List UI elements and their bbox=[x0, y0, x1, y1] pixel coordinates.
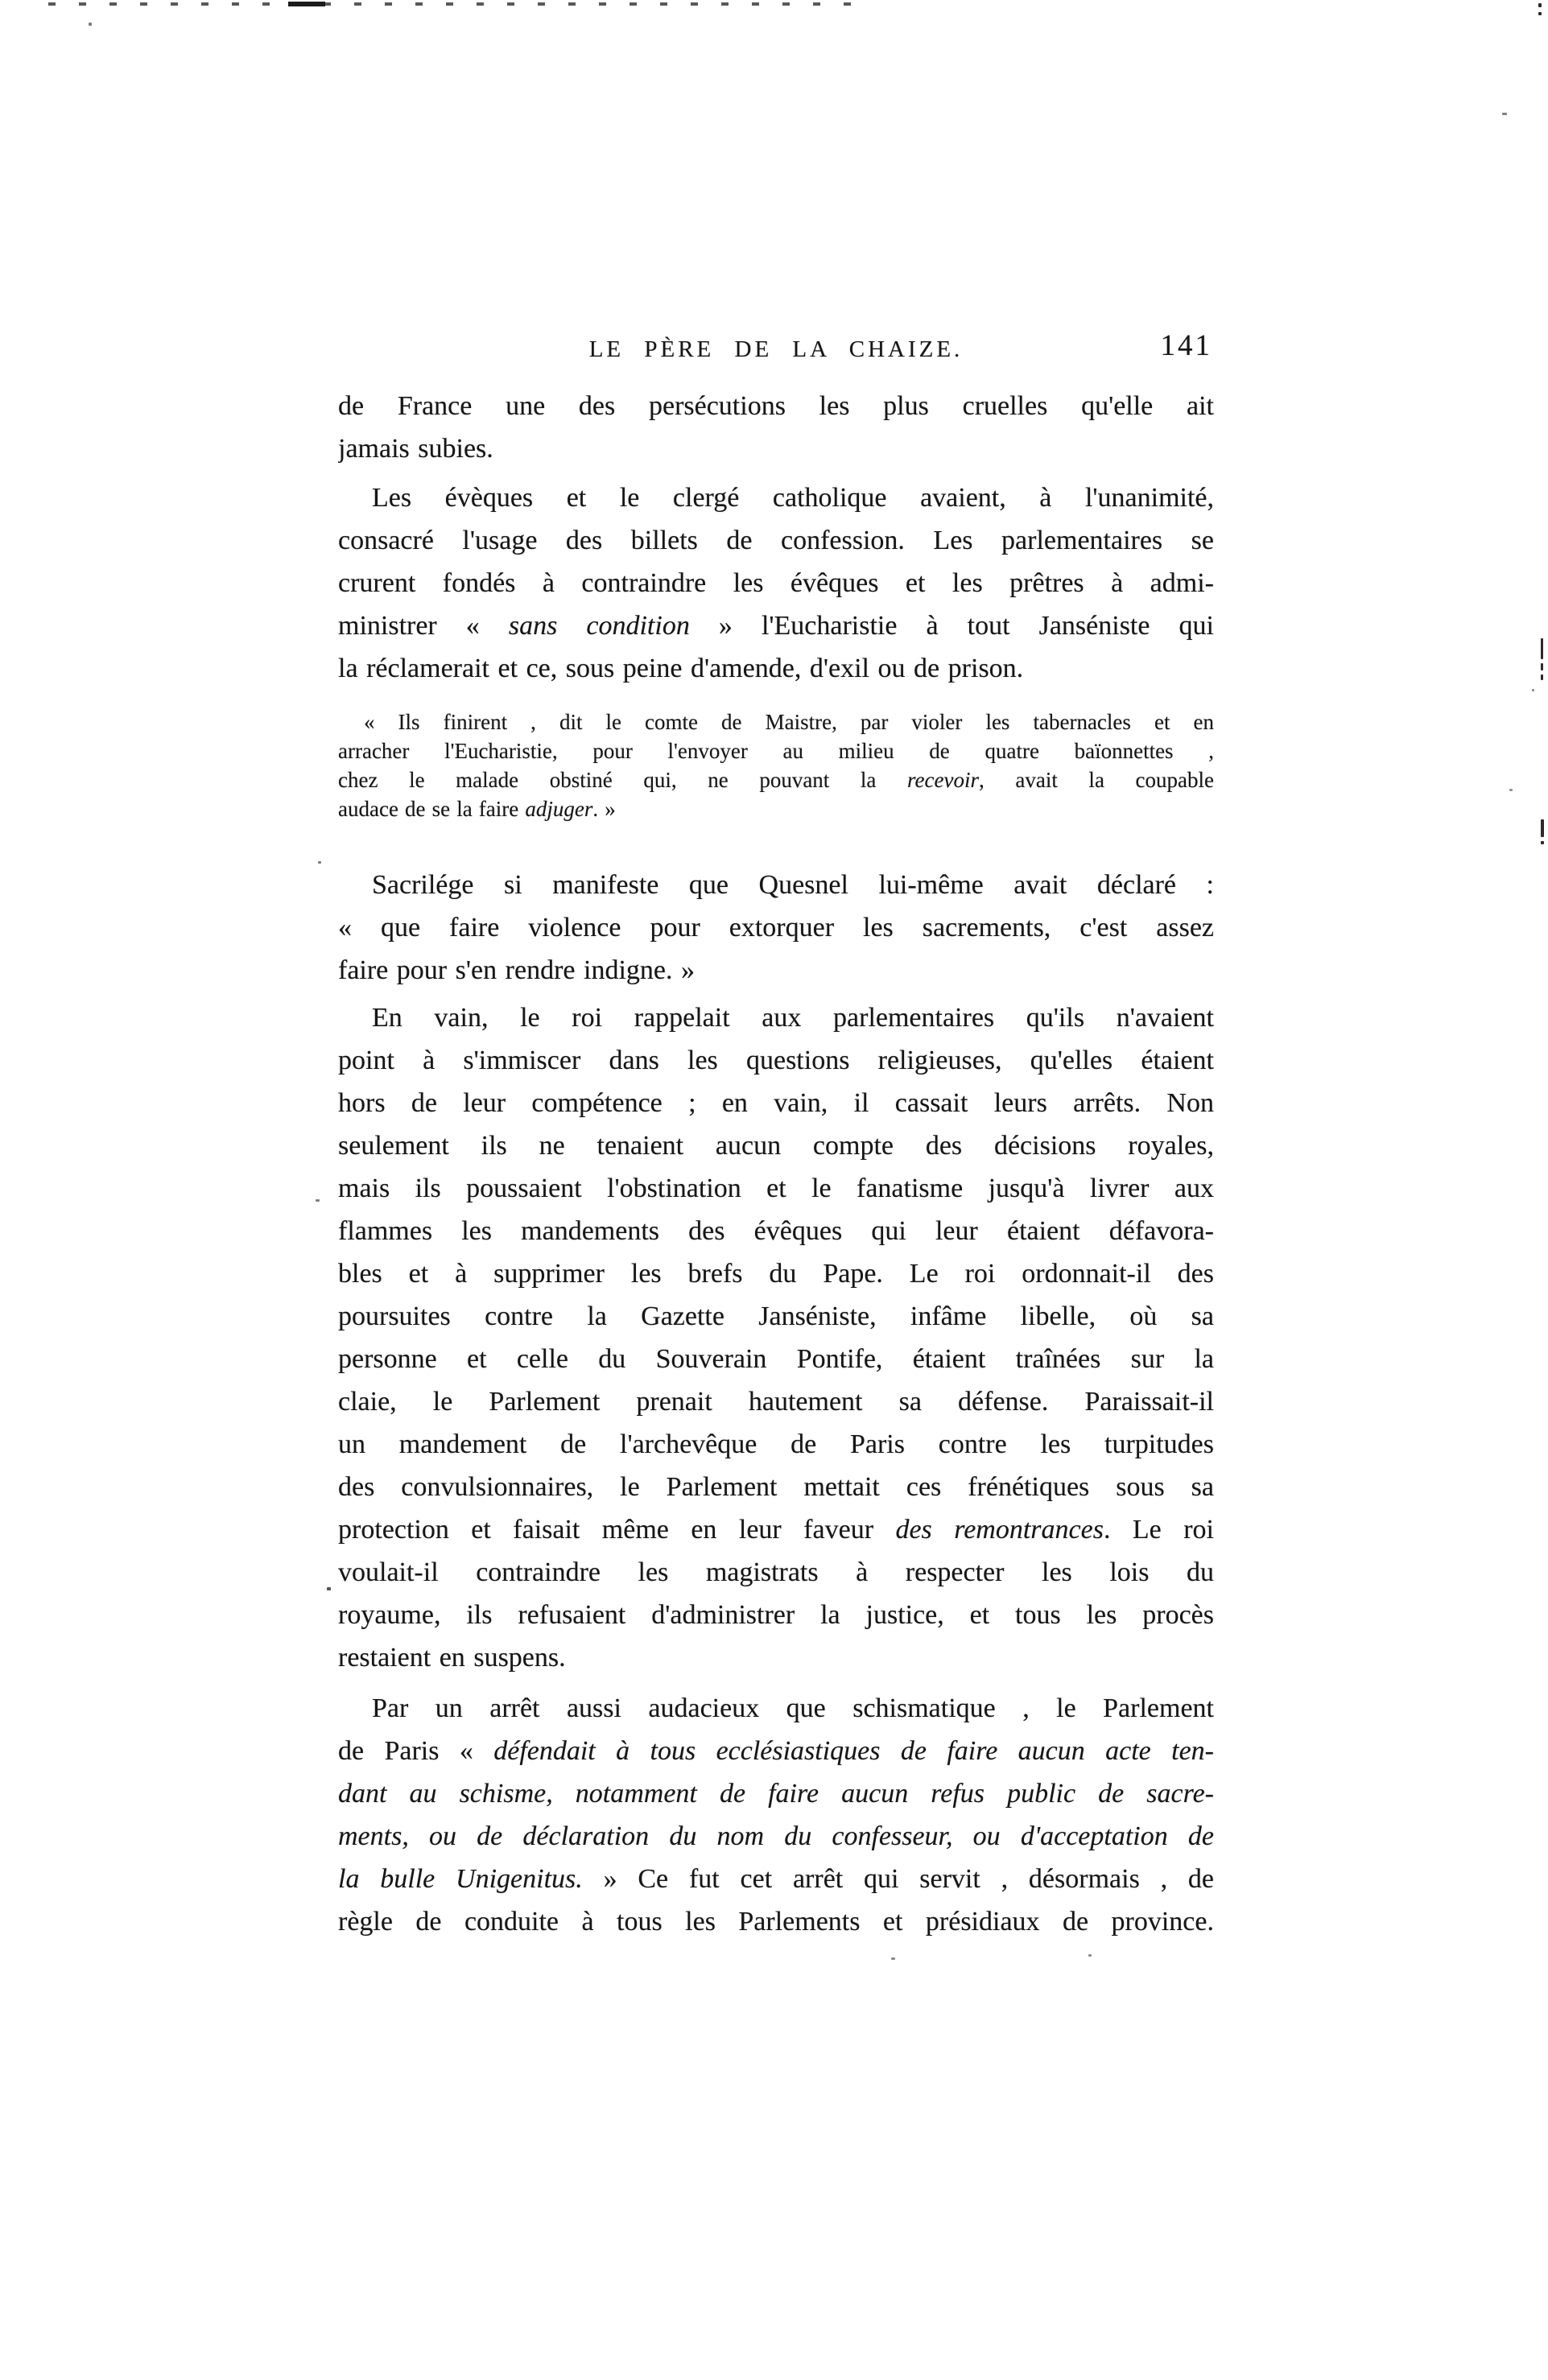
text-line: dant au schisme, notamment de faire aucu… bbox=[338, 1772, 1214, 1815]
text-segment: « que faire violence pour extorquer les … bbox=[338, 913, 1214, 943]
text-line: chez le malade obstiné qui, ne pouvant l… bbox=[338, 765, 1214, 794]
text-line: restaient en suspens. bbox=[338, 1636, 1214, 1679]
text-line: poursuites contre la Gazette Janséniste,… bbox=[338, 1295, 1214, 1338]
scan-artifact-top-edge bbox=[48, 2, 869, 6]
running-title: LE PÈRE DE LA CHAIZE. bbox=[589, 336, 964, 363]
italic-text: défendait à tous ecclésiastiques de fair… bbox=[493, 1736, 1214, 1766]
text-segment: chez le malade obstiné qui, ne pouvant l… bbox=[338, 768, 907, 792]
text-segment: mais ils poussaient l'obstination et le … bbox=[338, 1174, 1214, 1203]
text-line: audace de se la faire adjuger. » bbox=[338, 794, 1214, 823]
text-segment: royaume, ils refusaient d'administrer la… bbox=[338, 1600, 1214, 1630]
text-segment: des convulsionnaires, le Parlement metta… bbox=[338, 1472, 1214, 1502]
paragraph-5: Par un arrêt aussi audacieux que schisma… bbox=[338, 1687, 1214, 1943]
text-segment: personne et celle du Souverain Pontife, … bbox=[338, 1344, 1214, 1374]
text-segment: bles et à supprimer les brefs du Pape. L… bbox=[338, 1259, 1214, 1289]
scan-speck bbox=[1538, 12, 1542, 15]
text-line: « que faire violence pour extorquer les … bbox=[338, 906, 1214, 949]
scan-speck bbox=[1509, 789, 1513, 791]
block-quote: « Ils finirent , dit le comte de Maistre… bbox=[338, 707, 1214, 823]
text-segment: » Ce fut cet arrêt qui servit , désormai… bbox=[583, 1864, 1214, 1894]
italic-text: sans condition bbox=[509, 611, 690, 641]
text-segment: point à s'immiscer dans les questions re… bbox=[338, 1046, 1214, 1075]
text-segment: claie, le Parlement prenait hautement sa… bbox=[338, 1387, 1214, 1417]
text-segment: crurent fondés à contraindre les évêques… bbox=[338, 568, 1214, 598]
text-segment: de Paris « bbox=[338, 1736, 493, 1766]
text-segment: En vain, le roi rappelait aux parlementa… bbox=[372, 1003, 1214, 1033]
page-header: LE PÈRE DE LA CHAIZE. 141 bbox=[338, 333, 1214, 372]
text-segment: arracher l'Eucharistie, pour l'envoyer a… bbox=[338, 739, 1214, 763]
italic-text: ments, ou de déclaration du nom du confe… bbox=[338, 1821, 1214, 1851]
text-line: la bulle Unigenitus. » Ce fut cet arrêt … bbox=[338, 1858, 1214, 1900]
text-line: crurent fondés à contraindre les évêques… bbox=[338, 562, 1214, 604]
book-page-scan: LE PÈRE DE LA CHAIZE. 141 de France une … bbox=[0, 0, 1548, 2380]
scan-speck bbox=[327, 1587, 331, 1590]
text-line: la réclamerait et ce, sous peine d'amend… bbox=[338, 647, 1214, 690]
text-line: Les évèques et le clergé catholique avai… bbox=[338, 476, 1214, 519]
text-line: ments, ou de déclaration du nom du confe… bbox=[338, 1815, 1214, 1858]
italic-text: adjuger bbox=[525, 797, 592, 821]
scan-speck bbox=[1088, 1954, 1092, 1957]
text-line: de Paris « défendait à tous ecclésiastiq… bbox=[338, 1730, 1214, 1772]
text-line: règle de conduite à tous les Parlements … bbox=[338, 1900, 1214, 1943]
text-line: ministrer « sans condition » l'Eucharist… bbox=[338, 604, 1214, 647]
text-segment: Sacrilége si manifeste que Quesnel lui-m… bbox=[372, 870, 1214, 900]
scan-artifact-right-margin bbox=[1541, 638, 1543, 659]
text-segment: « Ils finirent , dit le comte de Maistre… bbox=[364, 710, 1214, 734]
text-line: « Ils finirent , dit le comte de Maistre… bbox=[338, 707, 1214, 736]
text-line: claie, le Parlement prenait hautement sa… bbox=[338, 1380, 1214, 1423]
text-line: hors de leur compétence ; en vain, il ca… bbox=[338, 1082, 1214, 1124]
paragraph-1: de France une des persécutions les plus … bbox=[338, 385, 1214, 470]
paragraph-4: En vain, le roi rappelait aux parlementa… bbox=[338, 996, 1214, 1679]
scan-artifact-right-margin bbox=[1541, 841, 1544, 844]
italic-text: dant au schisme, notamment de faire aucu… bbox=[338, 1779, 1214, 1809]
text-segment: protection et faisait même en leur faveu… bbox=[338, 1515, 895, 1545]
text-segment: consacré l'usage des billets de confessi… bbox=[338, 526, 1214, 555]
scan-speck bbox=[891, 1957, 895, 1960]
scan-artifact-right-margin bbox=[1541, 819, 1544, 837]
text-segment: . » bbox=[592, 797, 615, 821]
text-line: seulement ils ne tenaient aucun compte d… bbox=[338, 1124, 1214, 1167]
text-segment: ministrer « bbox=[338, 611, 509, 641]
text-segment: la réclamerait et ce, sous peine d'amend… bbox=[338, 654, 1023, 683]
text-line: de France une des persécutions les plus … bbox=[338, 385, 1214, 427]
page-text-block: de France une des persécutions les plus … bbox=[338, 385, 1214, 1943]
scan-speck bbox=[1502, 113, 1507, 115]
text-segment: seulement ils ne tenaient aucun compte d… bbox=[338, 1131, 1214, 1161]
text-segment: voulait-il contraindre les magistrats à … bbox=[338, 1557, 1214, 1587]
text-segment: Les évèques et le clergé catholique avai… bbox=[372, 483, 1214, 513]
text-line: faire pour s'en rendre indigne. » bbox=[338, 949, 1214, 992]
text-segment: . Le roi bbox=[1104, 1515, 1214, 1545]
text-line: point à s'immiscer dans les questions re… bbox=[338, 1039, 1214, 1082]
text-line: Par un arrêt aussi audacieux que schisma… bbox=[338, 1687, 1214, 1730]
paragraph-3: Sacrilége si manifeste que Quesnel lui-m… bbox=[338, 864, 1214, 992]
text-segment: , avait la coupable bbox=[979, 768, 1214, 792]
text-segment: audace de se la faire bbox=[338, 797, 525, 821]
text-line: En vain, le roi rappelait aux parlementa… bbox=[338, 996, 1214, 1039]
text-segment: règle de conduite à tous les Parlements … bbox=[338, 1907, 1214, 1937]
text-line: jamais subies. bbox=[338, 427, 1214, 470]
scan-speck bbox=[1532, 689, 1534, 691]
text-segment: poursuites contre la Gazette Janséniste,… bbox=[338, 1301, 1214, 1331]
italic-text: des remontrances bbox=[895, 1515, 1103, 1545]
text-segment: faire pour s'en rendre indigne. » bbox=[338, 955, 695, 985]
text-line: voulait-il contraindre les magistrats à … bbox=[338, 1551, 1214, 1594]
scan-speck bbox=[89, 23, 92, 26]
text-segment: restaient en suspens. bbox=[338, 1643, 566, 1673]
text-line: Sacrilége si manifeste que Quesnel lui-m… bbox=[338, 864, 1214, 906]
text-segment: Par un arrêt aussi audacieux que schisma… bbox=[372, 1693, 1214, 1723]
text-line: protection et faisait même en leur faveu… bbox=[338, 1508, 1214, 1551]
text-line: arracher l'Eucharistie, pour l'envoyer a… bbox=[338, 736, 1214, 765]
scan-artifact-top-dash bbox=[288, 2, 325, 6]
text-line: royaume, ils refusaient d'administrer la… bbox=[338, 1594, 1214, 1636]
text-segment: de France une des persécutions les plus … bbox=[338, 391, 1214, 421]
text-line: personne et celle du Souverain Pontife, … bbox=[338, 1338, 1214, 1380]
text-line: consacré l'usage des billets de confessi… bbox=[338, 519, 1214, 562]
page-number: 141 bbox=[1161, 328, 1213, 363]
text-segment: hors de leur compétence ; en vain, il ca… bbox=[338, 1088, 1214, 1118]
text-line: flammes les mandements des évêques qui l… bbox=[338, 1210, 1214, 1252]
text-line: des convulsionnaires, le Parlement metta… bbox=[338, 1466, 1214, 1508]
text-segment: flammes les mandements des évêques qui l… bbox=[338, 1216, 1214, 1246]
scan-artifact-right-margin bbox=[1541, 663, 1543, 670]
italic-text: la bulle Unigenitus. bbox=[338, 1864, 583, 1894]
paragraph-2: Les évèques et le clergé catholique avai… bbox=[338, 476, 1214, 690]
scan-speck bbox=[1538, 3, 1542, 7]
scan-speck bbox=[318, 861, 321, 864]
italic-text: recevoir bbox=[907, 768, 979, 792]
text-line: mais ils poussaient l'obstination et le … bbox=[338, 1167, 1214, 1210]
text-segment: » l'Eucharistie à tout Janséniste qui bbox=[690, 611, 1214, 641]
text-line: bles et à supprimer les brefs du Pape. L… bbox=[338, 1252, 1214, 1295]
text-segment: jamais subies. bbox=[338, 434, 493, 464]
scan-speck bbox=[316, 1199, 320, 1202]
text-line: un mandement de l'archevêque de Paris co… bbox=[338, 1423, 1214, 1466]
scan-artifact-right-margin bbox=[1541, 674, 1543, 680]
text-segment: un mandement de l'archevêque de Paris co… bbox=[338, 1429, 1214, 1459]
